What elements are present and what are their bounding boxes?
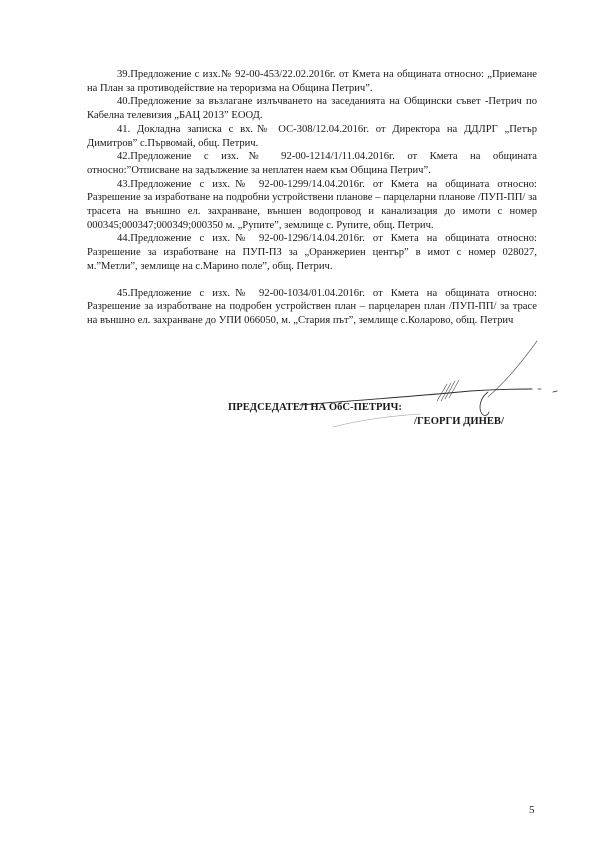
agenda-item-39: 39.Предложение с изх.№ 92-00-453/22.02.2… bbox=[87, 68, 537, 95]
agenda-item-43: 43.Предложение с изх.№ 92-00-1299/14.04.… bbox=[87, 178, 537, 233]
agenda-item-42: 42.Предложение с изх.№ 92-00-1214/1/11.0… bbox=[87, 150, 537, 177]
agenda-item-40: 40.Предложение за възлагане излъчването … bbox=[87, 95, 537, 122]
chairman-name: /ГЕОРГИ ДИНЕВ/ bbox=[414, 415, 504, 429]
agenda-item-44: 44.Предложение с изх.№ 92-00-1296/14.04.… bbox=[87, 232, 537, 273]
agenda-items-block: 39.Предложение с изх.№ 92-00-453/22.02.2… bbox=[87, 68, 537, 328]
page-number: 5 bbox=[529, 804, 535, 816]
agenda-item-41: 41. Докладна записка с вх.№ ОС-308/12.04… bbox=[87, 123, 537, 150]
signature-block: ПРЕДСЕДАТЕЛ НА ОбС-ПЕТРИЧ: /ГЕОРГИ ДИНЕВ… bbox=[228, 401, 504, 429]
document-page: 39.Предложение с изх.№ 92-00-453/22.02.2… bbox=[0, 0, 595, 842]
paragraph-spacer bbox=[87, 274, 537, 287]
chairman-title: ПРЕДСЕДАТЕЛ НА ОбС-ПЕТРИЧ: bbox=[228, 401, 504, 415]
agenda-item-45: 45.Предложение с изх.№ 92-00-1034/01.04.… bbox=[87, 287, 537, 328]
